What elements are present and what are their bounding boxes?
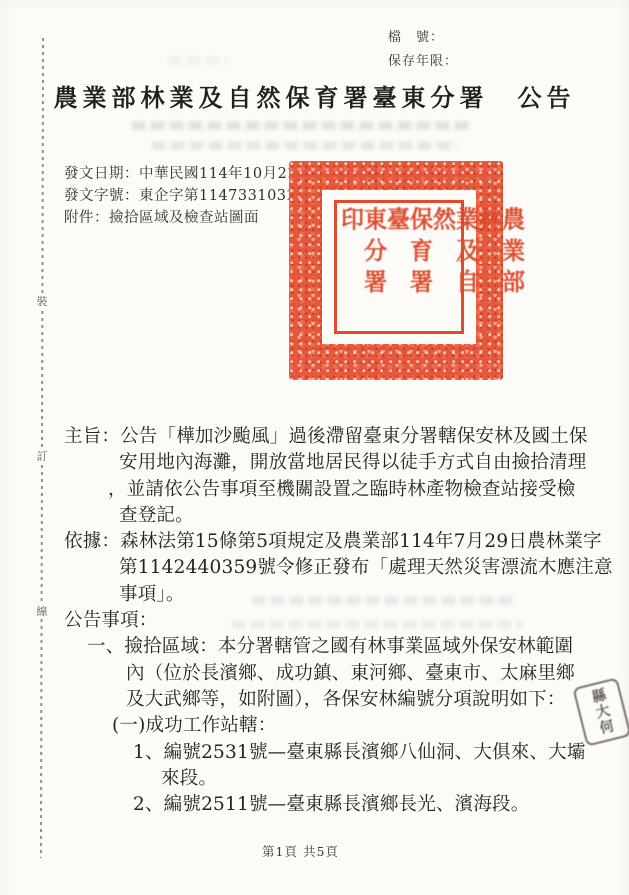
- item-one-line: 一、撿拾區域：本分署轄管之國有林事業區域外保安林範圍: [64, 634, 604, 660]
- basis-line: 依據：森林法第15條第5項規定及農業部114年7月29日農林業字: [64, 529, 604, 555]
- subject-line: ，並請依公告事項至機關設置之臨時林產物檢查站接受檢: [64, 477, 604, 503]
- subject-line: 安用地內海灘，開放當地居民得以徒手方式自由撿拾清理: [64, 450, 604, 476]
- seal-script-box: 農業部林 業及自然 保育署臺 東分署印: [334, 200, 464, 334]
- seal-script-column: 保育署臺: [385, 207, 431, 330]
- issue-meta-block: 發文日期：中華民國114年10月22日 發文字號：東企字第1147331032A…: [64, 163, 322, 229]
- seal-script-column: 東分署印: [339, 207, 385, 330]
- numbered-item-1: 來段。: [64, 766, 604, 792]
- subject-line: 主旨：公告「樺加沙颱風」過後滯留臺東分署轄保安林及國土保: [64, 424, 604, 450]
- signature-stamp-text: 縣大何: [589, 687, 614, 737]
- file-number-label: 檔 號：: [388, 26, 458, 50]
- item-one-line: 內（位於長濱鄉、成功鎮、東河鄉、臺東市、太麻里鄉: [64, 661, 604, 687]
- attachment-note: 附件：撿拾區域及檢查站圖面: [64, 207, 322, 229]
- announcement-body: 主旨：公告「樺加沙颱風」過後滯留臺東分署轄保安林及國土保 安用地內海灘，開放當地…: [64, 424, 604, 818]
- scanned-announcement-page: 檔 號： 保存年限： 農業部林業及自然保育署臺東分署 公告 發文日期：中華民國1…: [0, 0, 629, 895]
- retention-period-label: 保存年限：: [388, 50, 458, 74]
- subject-line: 查登記。: [64, 503, 604, 529]
- basis-line: 事項」。: [64, 582, 604, 608]
- bleedthrough-artifact: [132, 121, 472, 130]
- archive-label-box: 檔 號： 保存年限：: [388, 26, 458, 74]
- official-agency-seal: 農業部林 業及自然 保育署臺 東分署印: [289, 161, 503, 380]
- seal-script-column: 業及自然: [431, 207, 477, 330]
- bleedthrough-artifact: [152, 141, 457, 150]
- binding-mark-zhuang: 裝: [34, 295, 50, 308]
- issue-date: 發文日期：中華民國114年10月22日: [64, 163, 322, 185]
- basis-line: 第1142440359號令修正發布「處理天然災害漂流木應注意: [64, 555, 604, 581]
- numbered-item-1: 1、編號2531號—臺東縣長濱鄉八仙洞、大俱來、大壩: [64, 740, 604, 766]
- item-one-line: 及大武鄉等，如附圖），各保安林編號分項說明如下：: [64, 687, 604, 713]
- seal-script-column: 農業部林: [477, 207, 523, 330]
- bleedthrough-artifact: [168, 56, 228, 65]
- page-title: 農業部林業及自然保育署臺東分署 公告: [0, 78, 629, 113]
- issue-number: 發文字號：東企字第1147331032A號: [64, 185, 322, 207]
- seal-inner-field: 農業部林 業及自然 保育署臺 東分署印: [322, 190, 476, 344]
- binding-dotted-line: [40, 38, 44, 858]
- binding-mark-ding: 訂: [34, 450, 50, 463]
- numbered-item-2: 2、編號2511號—臺東縣長濱鄉長光、濱海段。: [64, 792, 604, 818]
- page-number: 第1頁 共5頁: [0, 842, 615, 860]
- workstation-heading: (一)成功工作站轄：: [64, 713, 604, 739]
- announcement-items-heading: 公告事項：: [64, 608, 604, 634]
- binding-mark-xian: 線: [34, 605, 50, 618]
